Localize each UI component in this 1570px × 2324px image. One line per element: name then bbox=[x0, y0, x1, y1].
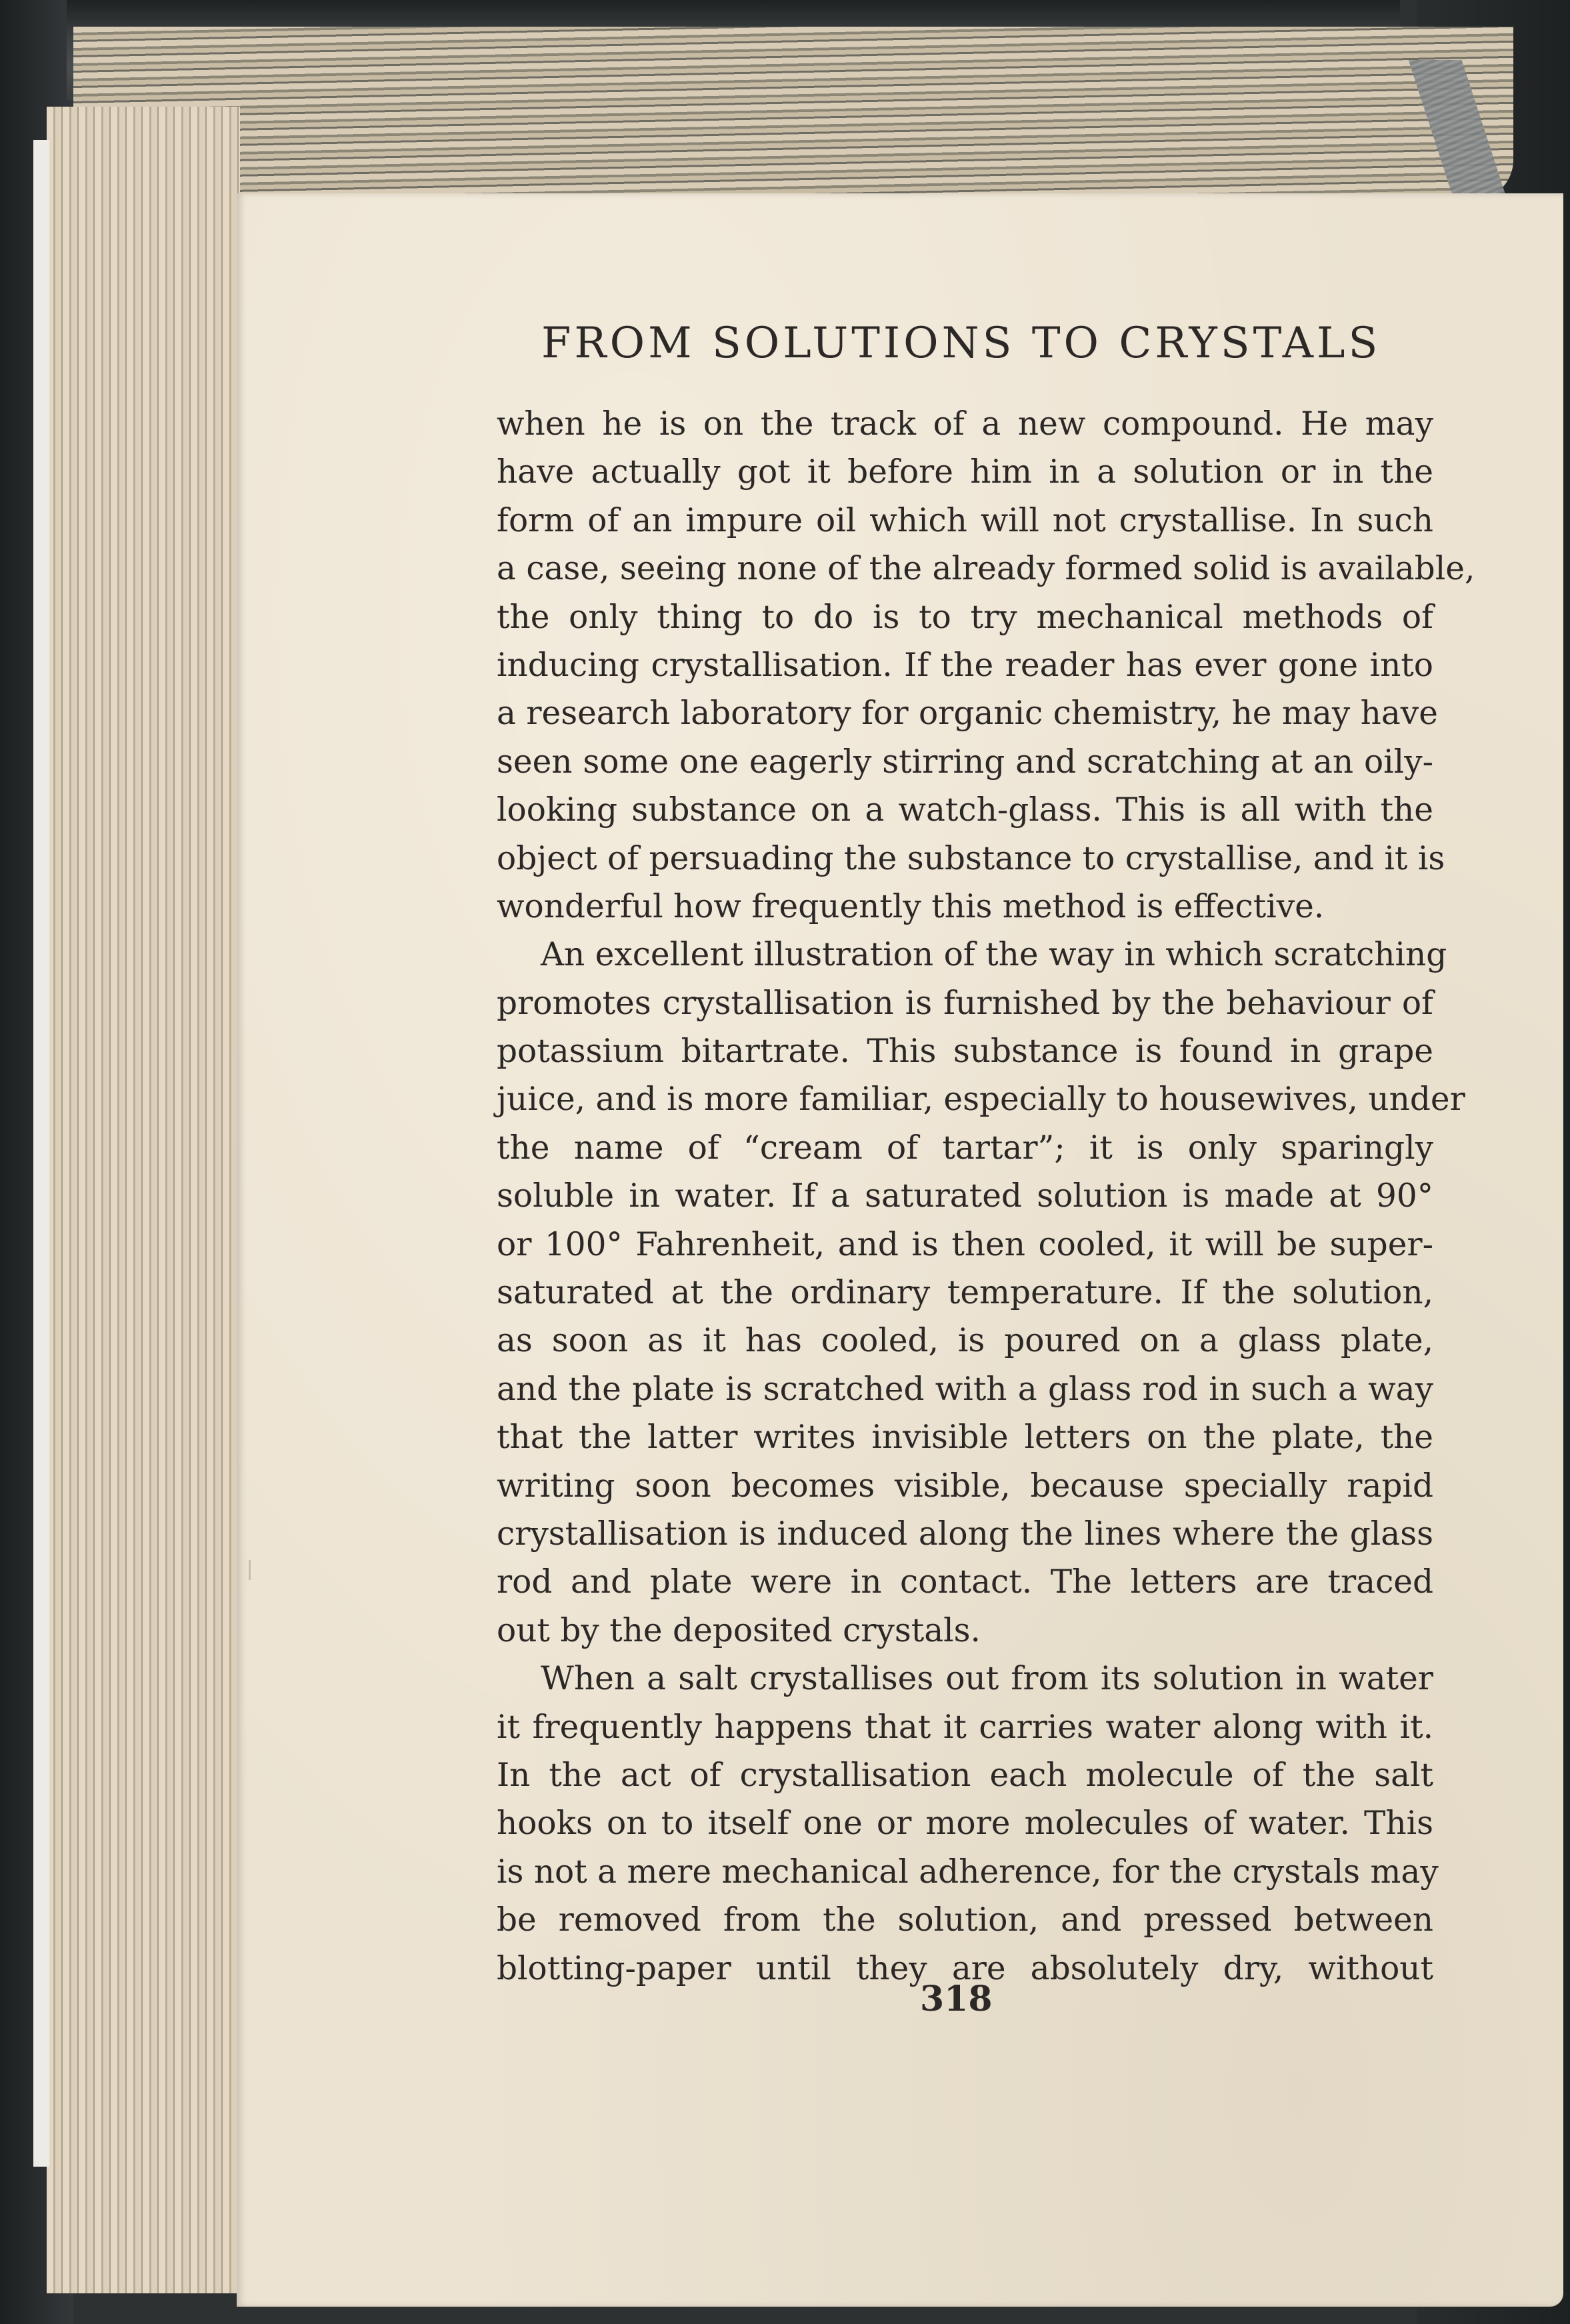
paragraph: An excellent illustration of the way in … bbox=[497, 931, 1433, 1655]
text-line: juice, and is more familiar, especially … bbox=[497, 1075, 1433, 1123]
text-line: a research laboratory for organic chemis… bbox=[497, 689, 1433, 737]
running-head: FROM SOLUTIONS TO CRYSTALS bbox=[541, 319, 1408, 368]
text-line: crystallisation is induced along the lin… bbox=[497, 1510, 1433, 1558]
text-line: the only thing to do is to try mechanica… bbox=[497, 593, 1433, 641]
text-line: object of persuading the substance to cr… bbox=[497, 835, 1433, 883]
text-line: that the latter writes invisible letters… bbox=[497, 1413, 1433, 1461]
text-line: hooks on to itself one or more molecules… bbox=[497, 1799, 1433, 1847]
text-line: it frequently happens that it carries wa… bbox=[497, 1703, 1433, 1751]
text-line: be removed from the solution, and presse… bbox=[497, 1896, 1433, 1944]
text-line: out by the deposited crystals. bbox=[497, 1607, 1433, 1655]
text-line: soluble in water. If a saturated solutio… bbox=[497, 1172, 1433, 1220]
text-line: or 100° Fahrenheit, and is then cooled, … bbox=[497, 1221, 1433, 1269]
text-line: have actually got it before him in a sol… bbox=[497, 448, 1433, 496]
text-line: rod and plate were in contact. The lette… bbox=[497, 1558, 1433, 1606]
text-line: When a salt crystallises out from its so… bbox=[497, 1655, 1433, 1703]
text-line: and the plate is scratched with a glass … bbox=[497, 1365, 1433, 1413]
text-line: promotes crystallisation is furnished by… bbox=[497, 979, 1433, 1027]
text-line: seen some one eagerly stirring and scrat… bbox=[497, 738, 1433, 786]
text-line: An excellent illustration of the way in … bbox=[497, 931, 1433, 979]
paragraph: When a salt crystallises out from its so… bbox=[497, 1655, 1433, 1993]
page-edges-top bbox=[73, 27, 1513, 200]
text-line: as soon as it has cooled, is poured on a… bbox=[497, 1317, 1433, 1365]
text-line: potassium bitartrate. This substance is … bbox=[497, 1027, 1433, 1075]
endpaper-edge bbox=[33, 140, 49, 2167]
page-edges-left bbox=[47, 107, 240, 2293]
text-line: looking substance on a watch-glass. This… bbox=[497, 786, 1433, 834]
text-line: form of an impure oil which will not cry… bbox=[497, 497, 1433, 545]
text-line: is not a mere mechanical adherence, for … bbox=[497, 1848, 1433, 1896]
text-line: the name of “cream of tartar”; it is onl… bbox=[497, 1124, 1433, 1172]
text-line: saturated at the ordinary temperature. I… bbox=[497, 1269, 1433, 1317]
text-line: wonderful how frequently this method is … bbox=[497, 883, 1433, 931]
margin-mark bbox=[249, 1560, 251, 1580]
text-line: a case, seeing none of the already forme… bbox=[497, 545, 1433, 593]
text-line: when he is on the track of a new compoun… bbox=[497, 400, 1433, 448]
paragraph: when he is on the track of a new compoun… bbox=[497, 400, 1433, 931]
text-line: writing soon becomes visible, because sp… bbox=[497, 1462, 1433, 1510]
text-line: inducing crystallisation. If the reader … bbox=[497, 641, 1433, 689]
page-number: 318 bbox=[920, 1979, 993, 2019]
text-line: In the act of crystallisation each molec… bbox=[497, 1751, 1433, 1799]
body-text: when he is on the track of a new compoun… bbox=[497, 400, 1433, 1993]
